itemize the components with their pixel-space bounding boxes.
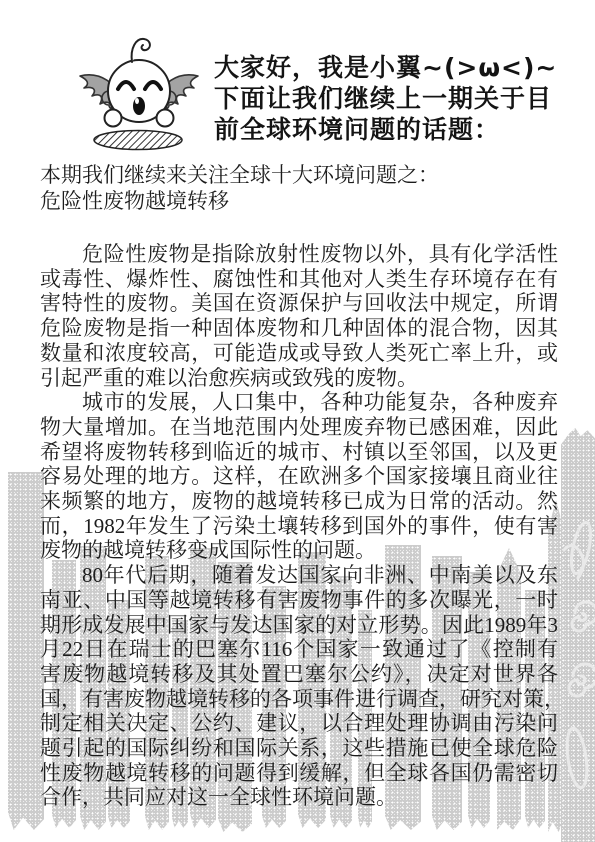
body-line: 害废物越境转移及其处置巴塞尔公约》，决定对世界各	[40, 662, 558, 687]
body-line: 性废物越境转移的问题得到缓解，但全球各国仍需密切	[40, 761, 558, 786]
body-line: 废物的越境转移变成国际性的问题。	[40, 538, 558, 563]
mascot-illustration	[66, 34, 212, 156]
speech-line: 前全球环境问题的话题：	[214, 114, 574, 145]
grass-stripe	[8, 472, 44, 830]
right-border-band	[561, 428, 595, 842]
body-line: 合作，共同应对这一全球性环境问题。	[40, 785, 558, 810]
body-line: 制定相关决定、公约、建议，以合理处理协调由污染问	[40, 711, 558, 736]
topic-title: 危险性废物越境转移	[40, 188, 560, 214]
mascot-hand-left	[105, 110, 122, 127]
swirl-watermark	[561, 428, 595, 842]
intro-block: 本期我们继续来关注全球十大环境问题之： 危险性废物越境转移	[40, 162, 560, 214]
body-line: 物大量增加。在当地范围内处理废弃物已感困难，因此	[40, 415, 558, 440]
body-line: 期形成发展中国家与发达国家的对立形势。因此1989年3	[40, 613, 558, 638]
body-line: 容易处理的地方。这样，在欧洲多个国家接壤且商业往	[40, 464, 558, 489]
article-body: 危险性废物是指除放射性废物以外，具有化学活性 或毒性、爆炸性、腐蚀性和其他对人类…	[40, 242, 558, 810]
body-line: 来频繁的地方，废物的越境转移已成为日常的活动。然	[40, 489, 558, 514]
document-page: 大家好，我是小翼~(>ω<)~ 下面让我们继续上一期关于目 前全球环境问题的话题…	[0, 0, 595, 842]
body-line: 而，1982年发生了污染土壤转移到国外的事件，使有害	[40, 514, 558, 539]
body-line: 害特性的废物。美国在资源保护与回收法中规定，所谓	[40, 291, 558, 316]
body-line: 引起严重的难以治愈疾病或致残的废物。	[40, 366, 558, 391]
speech-line: 大家好，我是小翼~(>ω<)~	[214, 52, 574, 83]
mascot-shadow	[94, 131, 182, 150]
body-line: 数量和浓度较高，可能造成或导致人类死亡率上升，或	[40, 341, 558, 366]
body-line: 城市的发展，人口集中，各种功能复杂，各种废弃	[40, 390, 558, 415]
speech-line: 下面让我们继续上一期关于目	[214, 83, 574, 114]
mascot-hand-right	[157, 110, 174, 127]
body-line: 危险废物是指一种固体废物和几种固体的混合物，因其	[40, 316, 558, 341]
body-line: 题引起的国际纠纷和国际关系，这些措施已使全球危险	[40, 736, 558, 761]
mascot-mouth	[133, 97, 145, 115]
intro-line: 本期我们继续来关注全球十大环境问题之：	[40, 162, 560, 188]
body-line: 国，有害废物越境转移的各项事件进行调查，研究对策，	[40, 687, 558, 712]
body-line: 80年代后期，随着发达国家向非洲、中南美以及东	[40, 563, 558, 588]
body-line: 或毒性、爆炸性、腐蚀性和其他对人类生存环境存在有	[40, 267, 558, 292]
body-line: 希望将废物转移到临近的城市、村镇以至邻国，以及更	[40, 440, 558, 465]
body-line: 南亚、中国等越境转移有害废物事件的多次曝光，一时	[40, 588, 558, 613]
body-line: 月22日在瑞士的巴塞尔116个国家一致通过了《控制有	[40, 637, 558, 662]
body-line: 危险性废物是指除放射性废物以外，具有化学活性	[40, 242, 558, 267]
mascot-speech-text: 大家好，我是小翼~(>ω<)~ 下面让我们继续上一期关于目 前全球环境问题的话题…	[214, 52, 574, 145]
